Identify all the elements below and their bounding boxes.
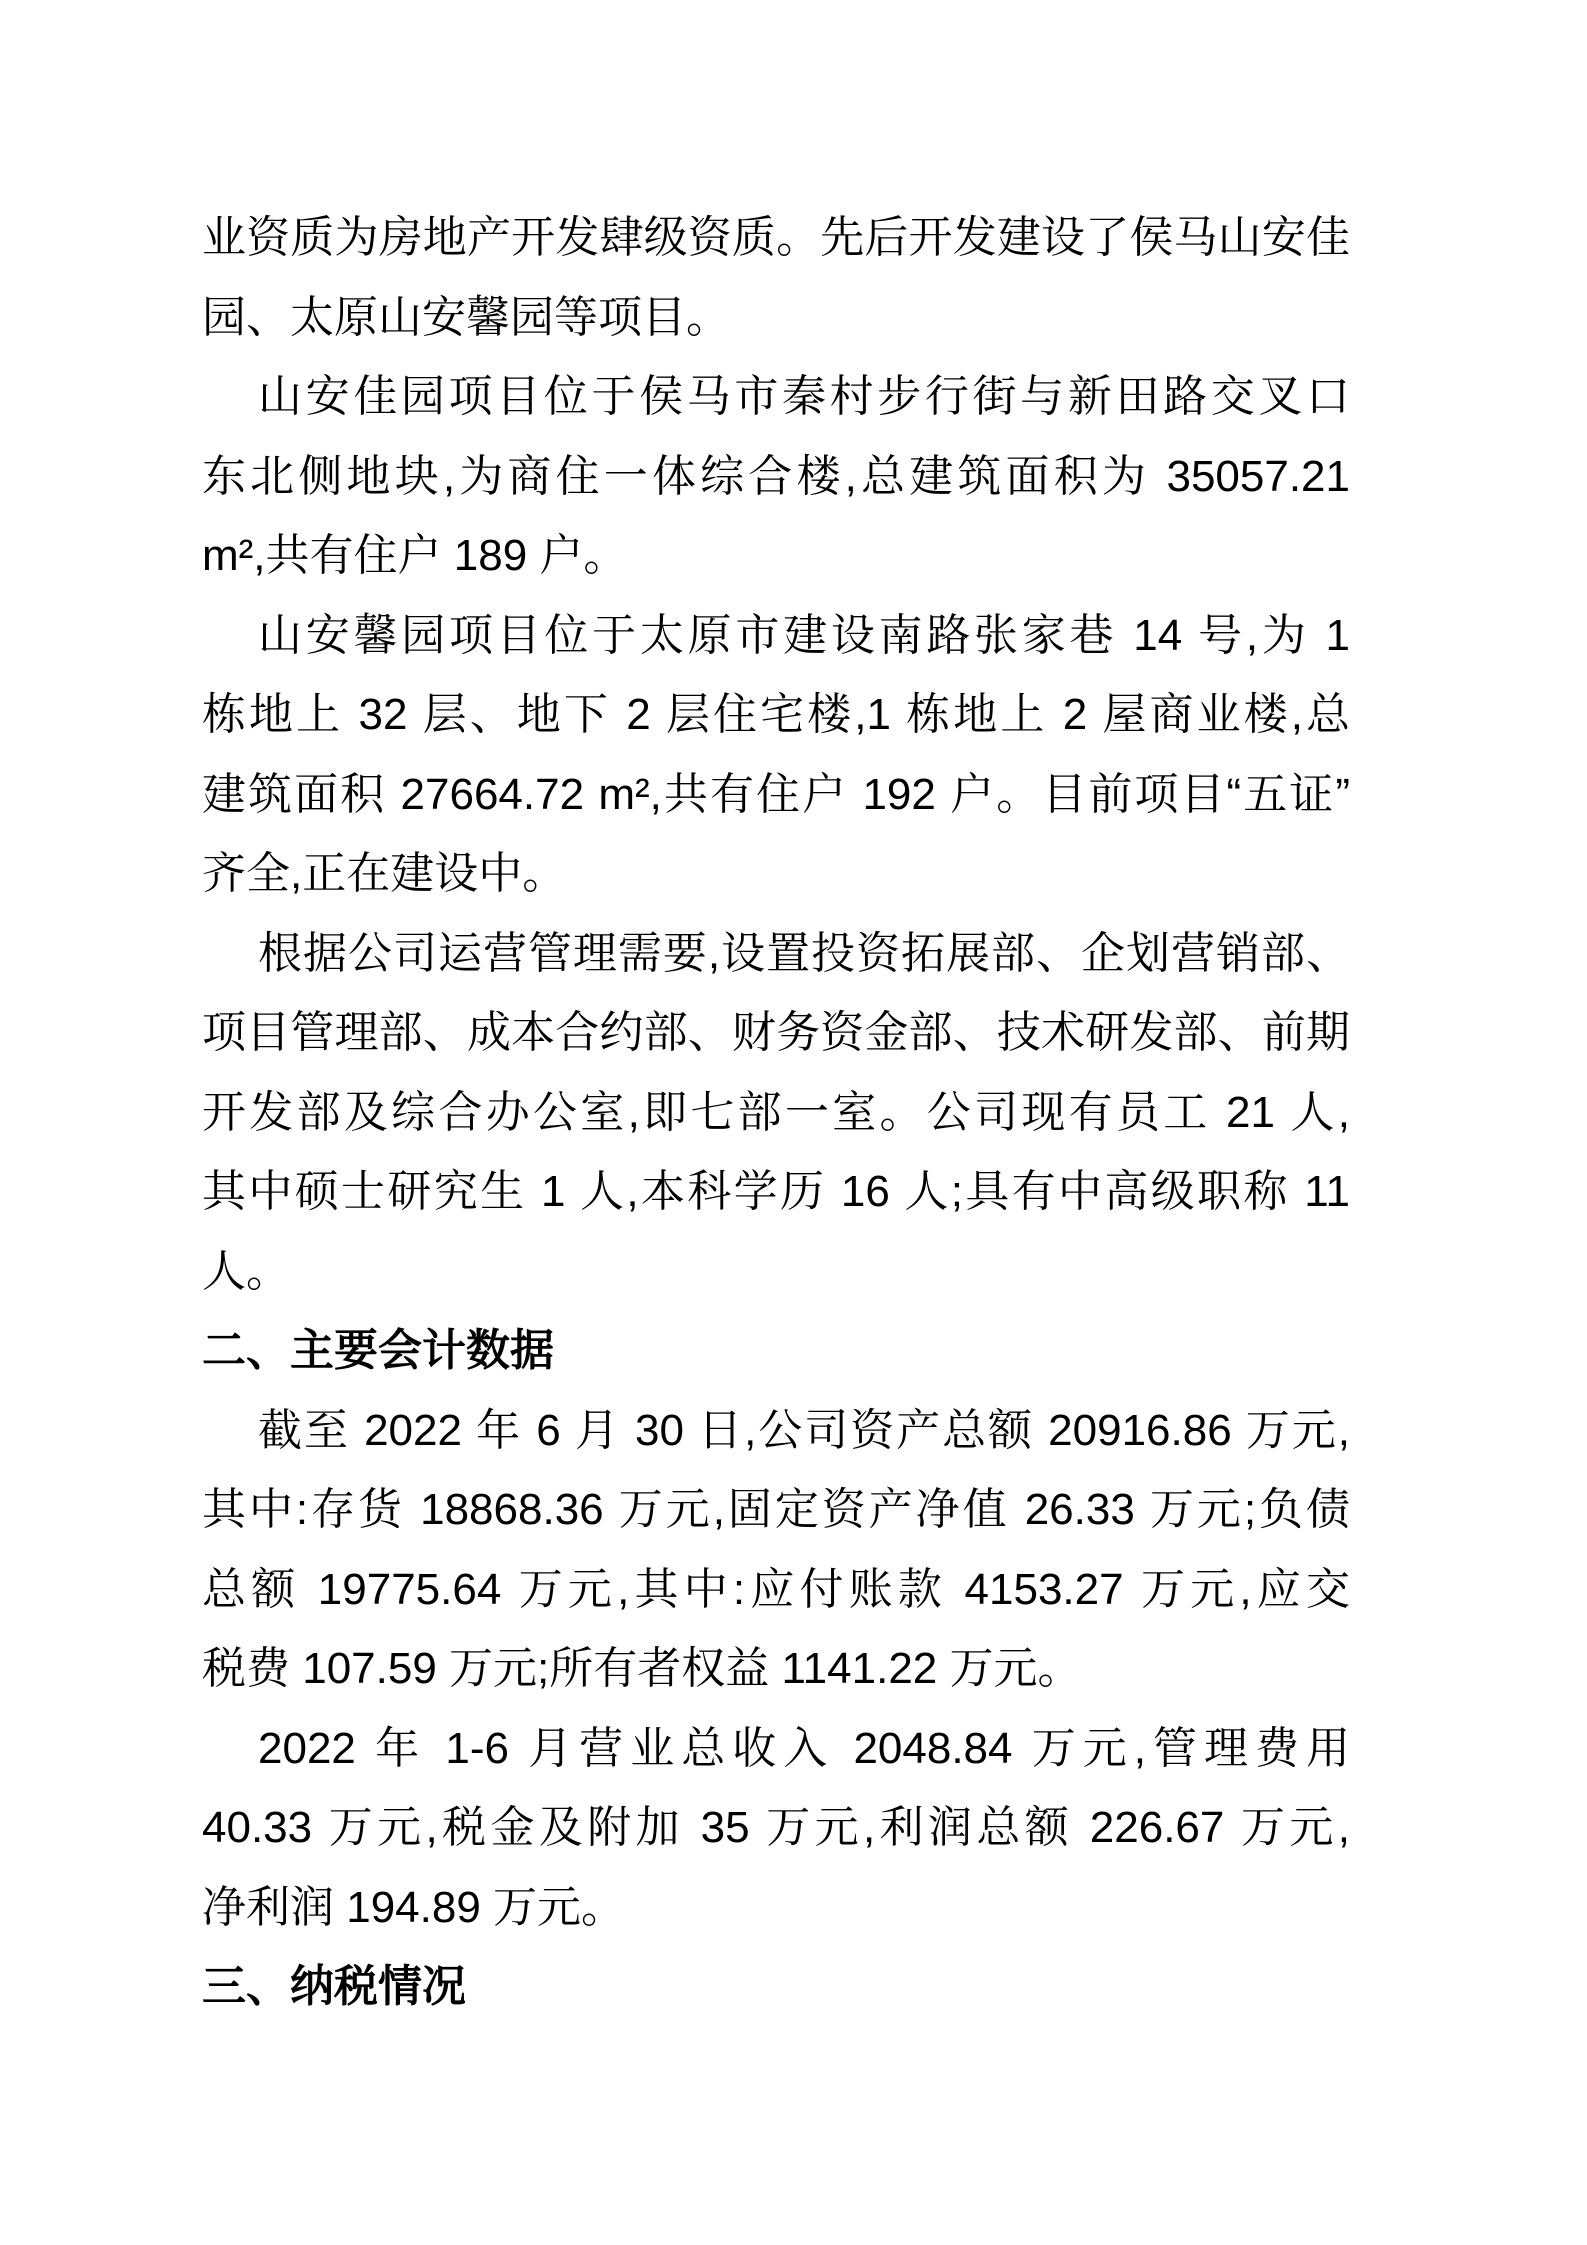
text-line: 东北侧地块,为商住一体综合楼,总建筑面积为 35057.21 (202, 437, 1350, 517)
text-line: 截至 2022 年 6 月 30 日,公司资产总额 20916.86 万元, (202, 1391, 1350, 1471)
text-line: 税费 107.59 万元;所有者权益 1141.22 万元。 (202, 1629, 1350, 1709)
text-line: m²,共有住户 189 户。 (202, 516, 1350, 596)
text-line: 项目管理部、成本合约部、财务资金部、技术研发部、前期 (202, 993, 1350, 1073)
text-line: 齐全,正在建设中。 (202, 834, 1350, 914)
text-line: 2022 年 1-6 月营业总收入 2048.84 万元,管理费用 (202, 1709, 1350, 1789)
text-line: 总额 19775.64 万元,其中:应付账款 4153.27 万元,应交 (202, 1550, 1350, 1630)
text-line: 净利润 194.89 万元。 (202, 1868, 1350, 1948)
text-line: 人。 (202, 1232, 1350, 1312)
text-line: 山安佳园项目位于侯马市秦村步行街与新田路交叉口 (202, 357, 1350, 437)
text-line: 其中:存货 18868.36 万元,固定资产净值 26.33 万元;负债 (202, 1470, 1350, 1550)
text-line: 山安馨园项目位于太原市建设南路张家巷 14 号,为 1 (202, 596, 1350, 676)
document-page: 业资质为房地产开发肆级资质。先后开发建设了侯马山安佳 园、太原山安馨园等项目。 … (0, 0, 1587, 2245)
text-line: 栋地上 32 层、地下 2 层住宅楼,1 栋地上 2 屋商业楼,总 (202, 675, 1350, 755)
text-line: 40.33 万元,税金及附加 35 万元,利润总额 226.67 万元, (202, 1788, 1350, 1868)
text-line: 开发部及综合办公室,即七部一室。公司现有员工 21 人, (202, 1073, 1350, 1153)
text-line: 建筑面积 27664.72 m²,共有住户 192 户。目前项目“五证” (202, 755, 1350, 835)
section-heading-accounting-data: 二、主要会计数据 (202, 1311, 1350, 1391)
text-line: 园、太原山安馨园等项目。 (202, 278, 1350, 358)
text-line: 其中硕士研究生 1 人,本科学历 16 人;具有中高级职称 11 (202, 1152, 1350, 1232)
text-line: 根据公司运营管理需要,设置投资拓展部、企划营销部、 (202, 914, 1350, 994)
text-line: 业资质为房地产开发肆级资质。先后开发建设了侯马山安佳 (202, 198, 1350, 278)
section-heading-tax-situation: 三、纳税情况 (202, 1947, 1350, 2027)
document-text-block: 业资质为房地产开发肆级资质。先后开发建设了侯马山安佳 园、太原山安馨园等项目。 … (202, 198, 1350, 2027)
